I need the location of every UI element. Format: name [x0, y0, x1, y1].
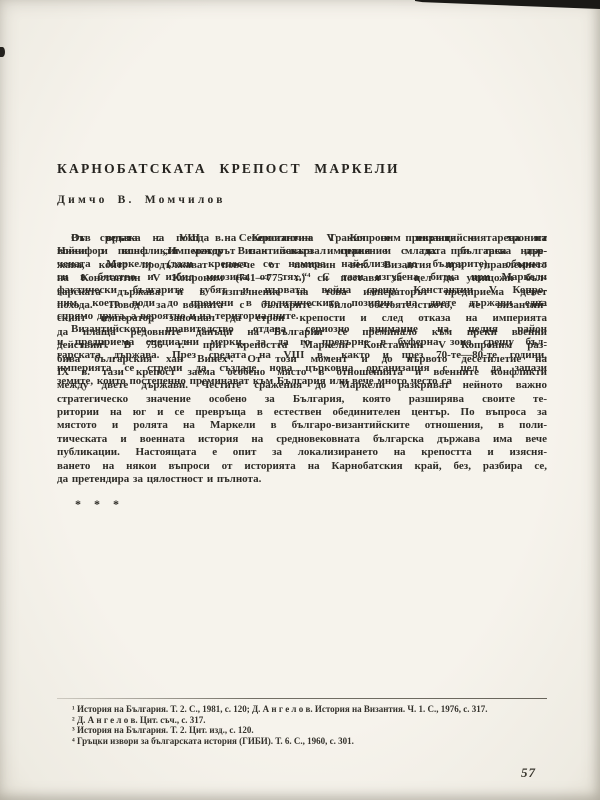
- text-line: да претендира за цялостност и пълнота.: [57, 473, 547, 486]
- page-number: 57: [521, 765, 536, 781]
- text-line: чената Маркели (тази крепост се намира н…: [57, 258, 547, 271]
- footnote: ³ История на България. Т. 2. Цит. изд., …: [50, 725, 547, 736]
- section-separator: * * *: [75, 497, 565, 512]
- footnotes-block: ¹ История на България. Т. 2. С., 1981, с…: [50, 704, 547, 746]
- text-line: Във връзка с похода на Константин V Копр…: [57, 232, 547, 245]
- text-line: Византийското правителство отдава сериоз…: [57, 323, 547, 336]
- article-title: КАРНОБАТСКАТА КРЕПОСТ МАРКЕЛИ: [57, 161, 547, 177]
- footnote: ² Д. А н г е л о в. Цит. съч., с. 317.: [50, 715, 547, 726]
- text-line: ритории на юг и се превръща в естествен …: [57, 406, 547, 419]
- text-line: земите, които постепенно преминават към …: [57, 375, 547, 388]
- scanned-page: КАРНОБАТСКАТА КРЕПОСТ МАРКЕЛИ Димчо В. М…: [0, 0, 600, 800]
- text-line: Никифор пише: „Императорът пак завързал …: [57, 245, 547, 258]
- text-line: мястото и ролята на Маркели в българо-ви…: [57, 419, 547, 432]
- text-line: гарската държава. През средата на VIII в…: [57, 349, 547, 362]
- footnote: ⁴ Гръцки извори за българската история (…: [50, 736, 547, 747]
- text-line: ването на някои въпроси от историята на …: [57, 460, 547, 473]
- text-line: фактически българите губят и първата вой…: [57, 284, 547, 297]
- body-paragraph-block-2: Във връзка с похода на Константин V Копр…: [57, 232, 547, 388]
- text-line: спрямо друга, а вероятно и на териториал…: [57, 310, 547, 323]
- paragraph: Във връзка с похода на Константин V Копр…: [57, 232, 547, 323]
- footnote: ¹ История на България. Т. 2. С., 1981, с…: [50, 704, 547, 715]
- text-line: ним, което води до промени в политически…: [57, 297, 547, 310]
- text-line: публикации. Настоящата е опит за локализ…: [57, 446, 547, 459]
- text-line: и предприема специални мерки, за да го п…: [57, 336, 547, 349]
- footnote-divider: [57, 698, 547, 699]
- text-line: ги в бягство и избил мнозина от тях.“⁴ С…: [57, 271, 547, 284]
- text-line: стратегическо значение особено за Българ…: [57, 393, 547, 406]
- scan-artifact-left-dot: [0, 47, 5, 57]
- text-line: тическата и военната история на среднове…: [57, 433, 547, 446]
- author-name: Димчо В. Момчилов: [57, 194, 547, 206]
- paragraph: Византийското правителство отдава сериоз…: [57, 323, 547, 388]
- text-line: империята се стреми да създаде нова църк…: [57, 362, 547, 375]
- scan-artifact-top-edge: [415, 0, 600, 12]
